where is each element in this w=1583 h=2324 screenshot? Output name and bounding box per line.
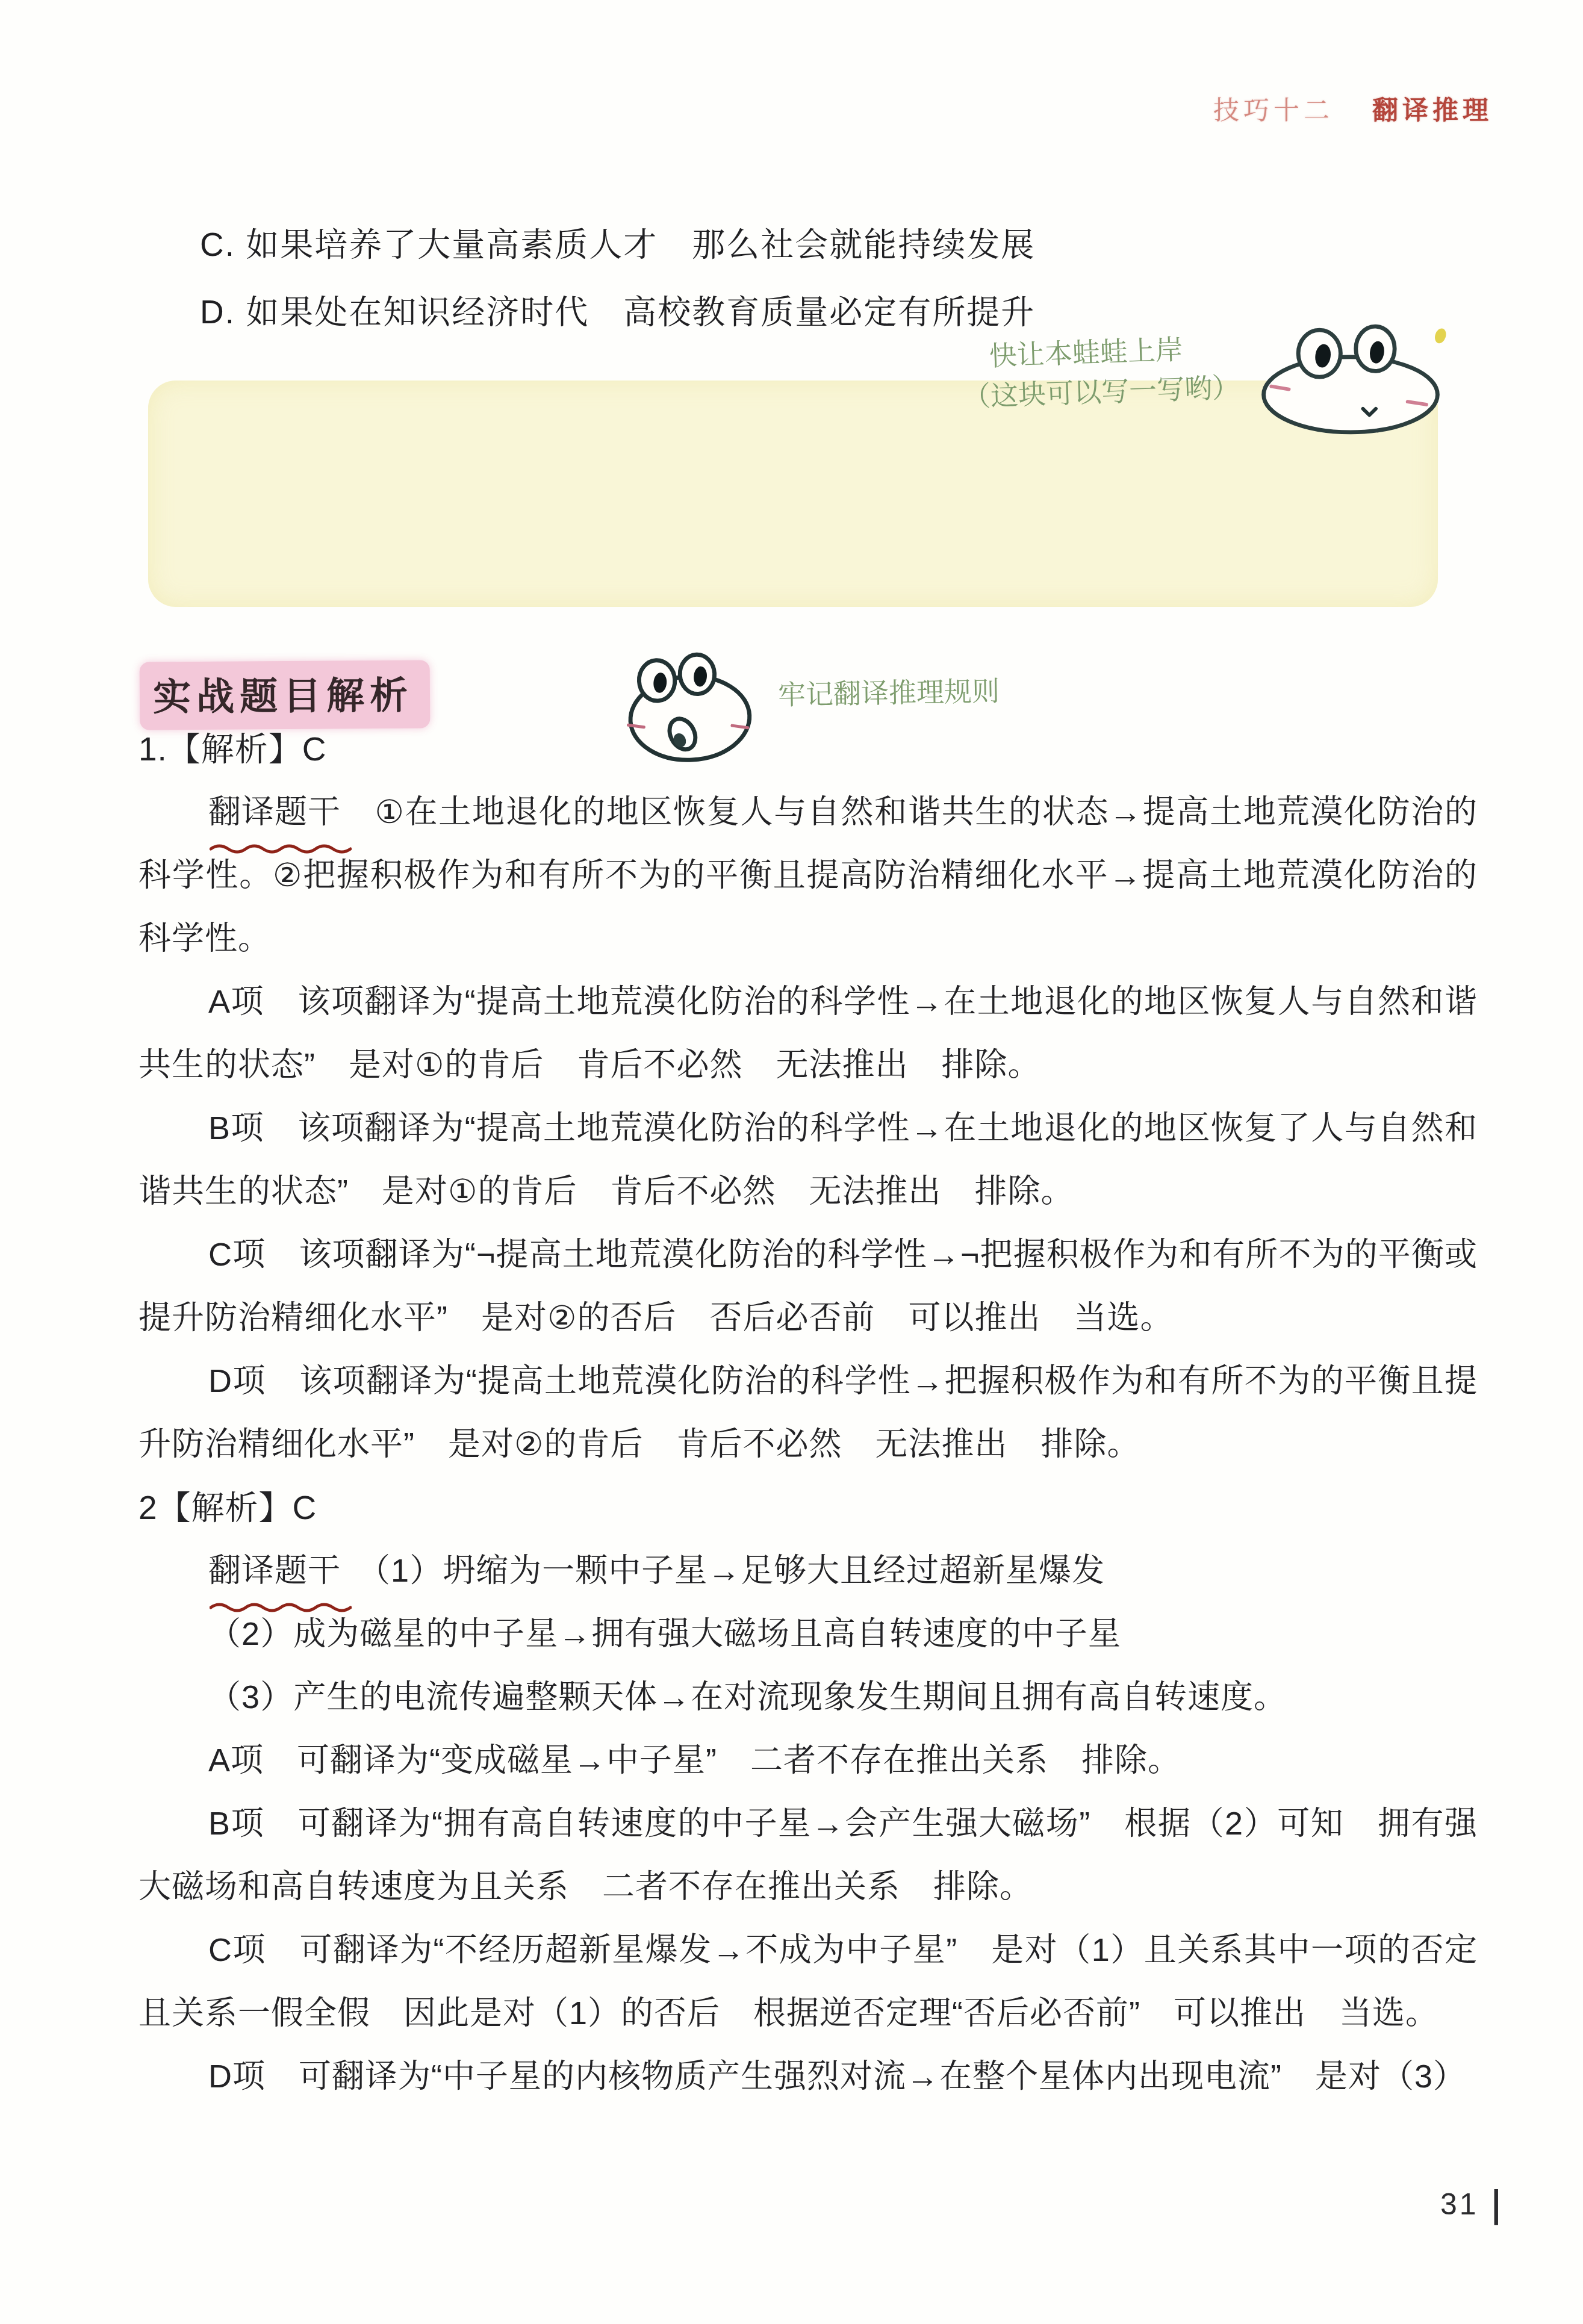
solution-1-option-a-analysis: A项 该项翻译为“提高土地荒漠化防治的科学性→在土地退化的地区恢复人与自然和谐共… <box>138 971 1478 1097</box>
header-topic-label: 翻译推理 <box>1372 96 1493 125</box>
page-number-divider: | <box>1492 2183 1503 2226</box>
solutions-body: 1.【解析】C 翻译题干 ①在土地退化的地区恢复人与自然和谐共生的状态→提高土地… <box>138 718 1478 2108</box>
red-wavy-underline-icon-2 <box>210 1602 352 1612</box>
textbook-page: 技巧十二翻译推理 C. 如果培养了大量高素质人才 那么社会就能持续发展 D. 如… <box>0 0 1583 2324</box>
solution-2-option-a-analysis: A项 可翻译为“变成磁星→中子星” 二者不存在推出关系 排除。 <box>138 1729 1478 1792</box>
translate-stem-text-2: 翻译题干 <box>208 1553 341 1589</box>
red-wavy-underline-icon <box>210 843 352 854</box>
solution-1-stem: 翻译题干 ①在土地退化的地区恢复人与自然和谐共生的状态→提高土地荒漠化防治的科学… <box>138 781 1478 971</box>
solution-2-option-b-analysis: B项 可翻译为“拥有高自转速度的中子星→会产生强大磁场” 根据（2）可知 拥有强… <box>138 1792 1478 1919</box>
translate-stem-label: 翻译题干 <box>208 781 341 844</box>
page-number-value: 31 <box>1440 2187 1479 2221</box>
option-c: C. 如果培养了大量高素质人才 那么社会就能持续发展 <box>200 211 1464 278</box>
page-number: 31| <box>1440 2187 1503 2222</box>
rule-margin-note: 牢记翻译推理规则 <box>777 671 1000 715</box>
solution-2-premise-3: （3）产生的电流传遍整颗天体→在对流现象发生期间且拥有高自转速度。 <box>138 1666 1478 1729</box>
frog-doodle-icon <box>1254 324 1448 436</box>
solution-2: 2【解析】C 翻译题干 （1）坍缩为一颗中子星→足够大且经过超新星爆发 （2）成… <box>138 1476 1478 2108</box>
solution-2-option-d-analysis: D项 可翻译为“中子星的内核物质产生强烈对流→在整个星体内出现电流” 是对（3） <box>138 2045 1478 2108</box>
solution-1-heading: 1.【解析】C <box>138 718 1478 781</box>
yellow-leaf-dot <box>1433 327 1448 345</box>
solution-1-option-c-analysis: C项 该项翻译为“¬提高土地荒漠化防治的科学性→¬把握积极作为和有所不为的平衡或… <box>138 1223 1478 1350</box>
translate-stem-label-2: 翻译题干 <box>208 1539 341 1603</box>
notes-highlight-box <box>148 381 1438 607</box>
running-header: 技巧十二翻译推理 <box>1213 90 1493 127</box>
header-chapter-label: 技巧十二 <box>1213 96 1334 125</box>
translate-stem-text: 翻译题干 <box>208 794 341 830</box>
solution-2-stem: 翻译题干 （1）坍缩为一颗中子星→足够大且经过超新星爆发 <box>138 1539 1478 1603</box>
solution-2-heading: 2【解析】C <box>138 1476 1478 1539</box>
frog-margin-note: 快让本蛙蛙上岸 （这块可以写一写哟） <box>961 328 1240 417</box>
solution-1: 1.【解析】C 翻译题干 ①在土地退化的地区恢复人与自然和谐共生的状态→提高土地… <box>138 718 1478 1476</box>
solution-2-option-c-analysis: C项 可翻译为“不经历超新星爆发→不成为中子星” 是对（1）且关系其中一项的否定… <box>138 1919 1478 2045</box>
solution-1-option-b-analysis: B项 该项翻译为“提高土地荒漠化防治的科学性→在土地退化的地区恢复了人与自然和谐… <box>138 1097 1478 1223</box>
solution-1-option-d-analysis: D项 该项翻译为“提高土地荒漠化防治的科学性→把握积极作为和有所不为的平衡且提升… <box>138 1350 1478 1476</box>
stem-content-2: （1）坍缩为一颗中子星→足够大且经过超新星爆发 <box>341 1553 1105 1589</box>
